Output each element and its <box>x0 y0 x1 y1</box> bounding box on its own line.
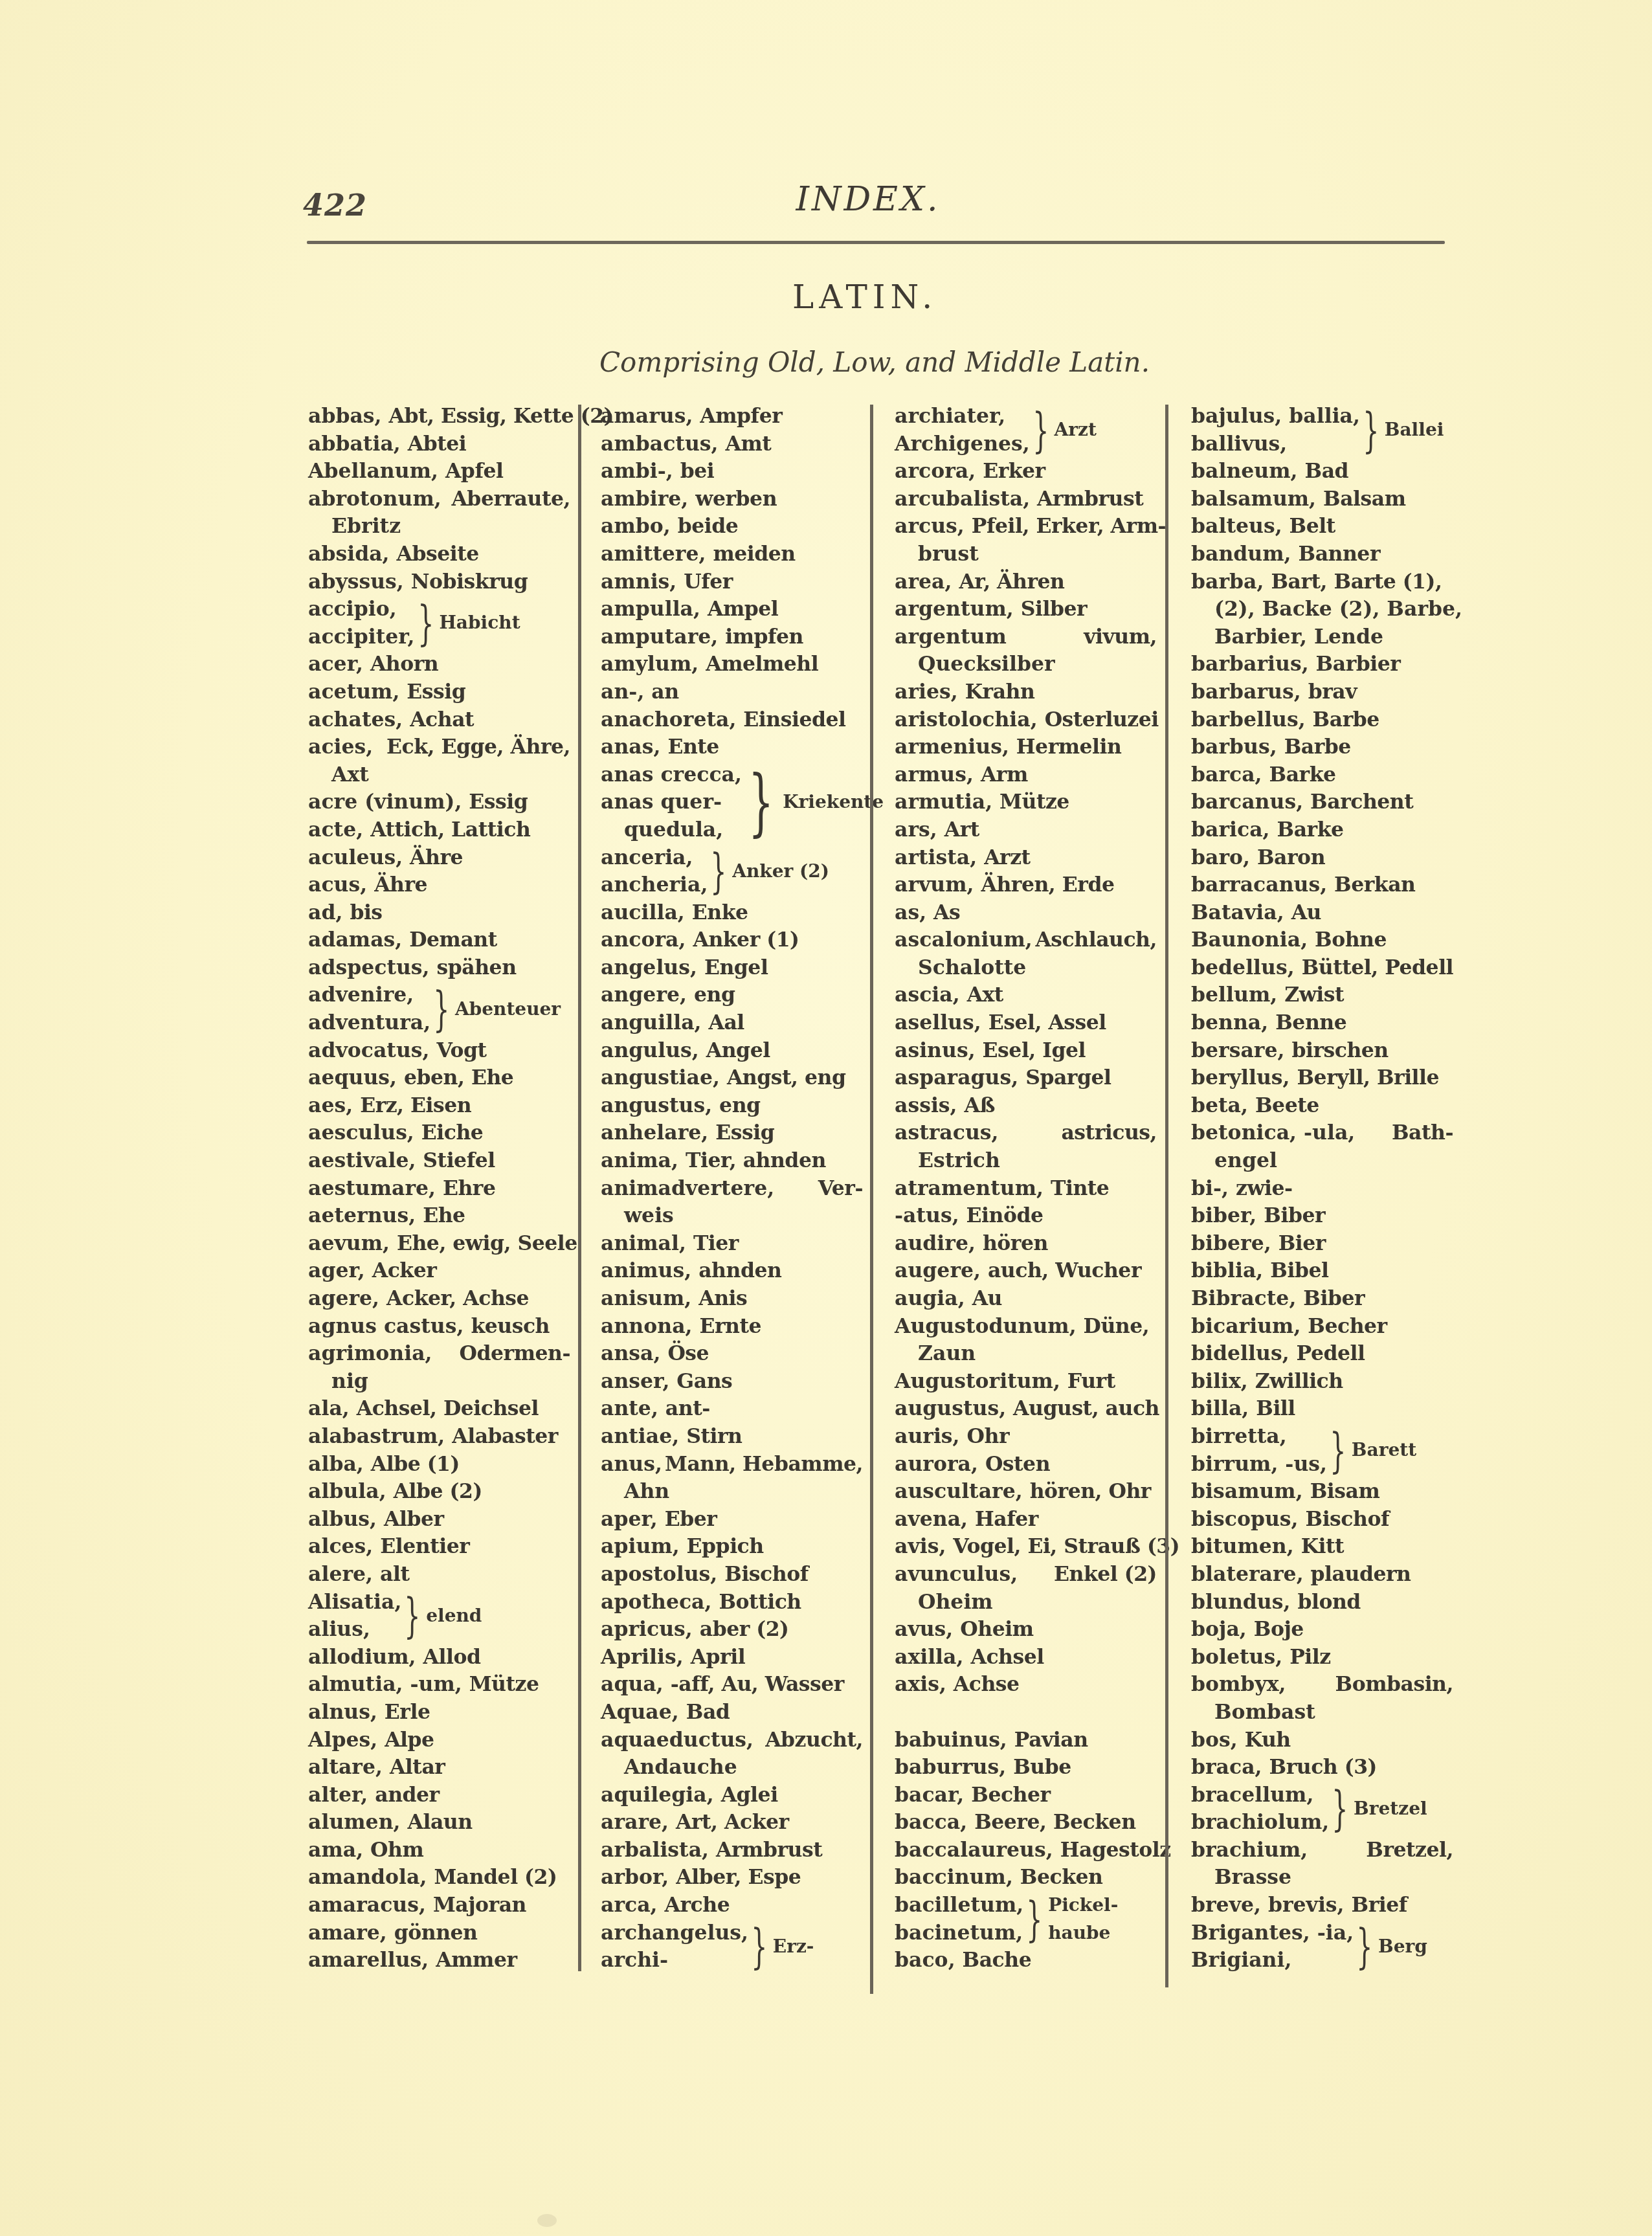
index-entry: anas, Ente <box>601 733 879 761</box>
latin-headword: brachiolum, <box>1191 1809 1329 1837</box>
index-entry: an-, an <box>601 678 879 706</box>
latin-headword: Baunonia, <box>1191 928 1308 952</box>
index-entry: barca, Barke <box>1191 761 1469 789</box>
german-equivalent: Stirn <box>686 1424 742 1448</box>
german-equivalent: Acker <box>372 1258 437 1282</box>
index-entry-group: archiater,Archigenes,}Arzt <box>895 403 1173 458</box>
index-column-2: amarus, Ampferambactus, Amtambi-, beiamb… <box>601 403 879 1974</box>
german-equivalent: Enke <box>692 900 748 924</box>
german-equivalent: Banner <box>1299 542 1380 566</box>
index-entry: barbellus, Barbe <box>1191 706 1469 734</box>
index-entry: aquilegia, Aglei <box>601 1782 879 1809</box>
german-equivalent: Bube <box>1013 1755 1071 1779</box>
index-entry: alba, Albe (1) <box>308 1451 586 1479</box>
latin-headword: avus, <box>895 1617 953 1641</box>
latin-headword: alius, <box>308 1616 401 1644</box>
latin-headword: augia, <box>895 1286 965 1310</box>
brace-icon: } <box>748 766 774 839</box>
latin-headword: ancora, <box>601 928 686 952</box>
index-entry: bisamum, Bisam <box>1191 1478 1469 1506</box>
latin-headword: asellus, <box>895 1011 981 1034</box>
latin-headword: baro, <box>1191 845 1250 869</box>
german-equivalent: Armbrust <box>1037 487 1143 511</box>
german-equivalent: Enkel (2) <box>1054 1561 1157 1589</box>
index-entry: achates, Achat <box>308 706 586 734</box>
latin-headword: alabastrum, <box>308 1424 445 1448</box>
index-entry: asinus, Esel, Igel <box>895 1037 1173 1065</box>
index-entry: benna, Benne <box>1191 1009 1469 1037</box>
latin-headword: angere, <box>601 983 687 1007</box>
latin-headword: armutia, <box>895 790 992 814</box>
index-entry: bacca, Beere, Becken <box>895 1809 1173 1837</box>
german-equivalent: Bier <box>1278 1231 1326 1255</box>
latin-headword: asinus, <box>895 1038 976 1062</box>
latin-headword: acre (vinum), <box>308 790 462 814</box>
index-entry-group: Brigantes, -ia,Brigiani,}Berg <box>1191 1919 1469 1974</box>
german-equivalent: Ähre <box>374 873 427 897</box>
latin-headword: absida, <box>308 542 390 566</box>
latin-headword: barbarus, <box>1191 680 1301 704</box>
german-equivalent: Achat <box>410 708 474 732</box>
latin-headword: anas crecca, <box>601 761 742 789</box>
latin-headword: aper, <box>601 1507 658 1531</box>
index-entry-continuation: Quecksilber <box>895 651 1173 678</box>
brace-icon: } <box>711 848 727 895</box>
latin-headword: abbas, <box>308 404 382 428</box>
index-entry: abyssus, Nobiskrug <box>308 568 586 596</box>
index-entry: billa, Bill <box>1191 1395 1469 1423</box>
index-entry: audire, hören <box>895 1230 1173 1258</box>
latin-headword: anas, <box>601 735 660 759</box>
german-equivalent: plaudern <box>1311 1562 1411 1586</box>
group-headwords: bracellum,brachiolum, <box>1191 1782 1329 1837</box>
index-entry: braca, Bruch (3) <box>1191 1754 1469 1782</box>
latin-headword: arcubalista, <box>895 487 1030 511</box>
index-entry: acer, Ahorn <box>308 651 586 678</box>
german-equivalent: Demant <box>409 928 497 952</box>
german-equivalent: Ampel <box>708 597 778 621</box>
latin-headword: auscultare, <box>895 1479 1023 1503</box>
latin-headword: armenius, <box>895 735 1009 759</box>
index-entry: almutia, -um, Mütze <box>308 1671 586 1699</box>
brace-icon: } <box>405 1593 421 1639</box>
latin-headword: astracus, <box>895 1119 998 1147</box>
latin-headword: adamas, <box>308 928 402 952</box>
german-equivalent: Vogt <box>436 1038 486 1062</box>
brace-icon: } <box>1363 407 1379 454</box>
column-divider <box>870 405 873 1994</box>
german-equivalent: Berg <box>1378 1933 1427 1961</box>
german-equivalent: ander <box>375 1783 439 1807</box>
index-entry: beryllus, Beryll, Brille <box>1191 1064 1469 1092</box>
index-entry: aquaeductus,Abzucht, <box>601 1727 863 1754</box>
index-entry: bedellus, Büttel, Pedell <box>1191 954 1469 982</box>
latin-headword: anguilla, <box>601 1011 702 1034</box>
index-entry: biscopus, Bischof <box>1191 1506 1469 1534</box>
latin-headword: breve, brevis, <box>1191 1893 1345 1917</box>
latin-headword: ancheria, <box>601 871 708 899</box>
index-entry: barba, Bart, Barte (1), <box>1191 568 1469 596</box>
latin-headword: acies, <box>308 733 373 761</box>
latin-headword: Abellanum, <box>308 459 438 483</box>
latin-headword: benna, <box>1191 1011 1268 1034</box>
german-equivalent: Bischof <box>1306 1507 1389 1531</box>
index-entry-group: accipio,accipiter,}Habicht <box>308 596 586 651</box>
german-equivalent: Oheim <box>960 1617 1033 1641</box>
latin-headword: acus, <box>308 873 367 897</box>
latin-headword: antiae, <box>601 1424 679 1448</box>
latin-headword: bilix, <box>1191 1369 1248 1393</box>
latin-headword: artista, <box>895 845 977 869</box>
index-entry: amaracus, Majoran <box>308 1892 586 1919</box>
index-entry: anser, Gans <box>601 1368 879 1396</box>
index-entry: Augustoritum, Furt <box>895 1368 1173 1396</box>
latin-headword: animadvertere, <box>601 1175 774 1203</box>
index-entry: aqua, -aff, Au, Wasser <box>601 1671 879 1699</box>
index-entry: anhelare, Essig <box>601 1119 879 1147</box>
index-entry: bos, Kuh <box>1191 1727 1469 1754</box>
german-equivalent: Axt <box>967 983 1003 1007</box>
german-equivalent: Bisam <box>1310 1479 1380 1503</box>
german-equivalent: Nobiskrug <box>411 570 528 594</box>
german-equivalent: Achsel <box>970 1645 1044 1669</box>
index-entry: arca, Arche <box>601 1892 879 1919</box>
index-entry: acies,Eck, Egge, Ähre, <box>308 733 570 761</box>
index-entry: anisum, Anis <box>601 1285 879 1313</box>
index-entry-group: bajulus, ballia,ballivus,}Ballei <box>1191 403 1469 458</box>
latin-headword: anachoreta, <box>601 708 736 732</box>
index-entry-continuation: (2), Backe (2), Barbe, <box>1191 596 1469 623</box>
latin-headword: almutia, -um, <box>308 1672 462 1696</box>
latin-headword: allodium, <box>308 1645 416 1669</box>
latin-headword: baccalaureus, <box>895 1838 1053 1862</box>
index-entry: biblia, Bibel <box>1191 1257 1469 1285</box>
german-equivalent: Albe (1) <box>371 1452 460 1476</box>
index-entry: acus, Ähre <box>308 871 586 899</box>
brace-icon: } <box>751 1923 767 1970</box>
german-equivalent: Becken <box>1020 1865 1103 1889</box>
german-equivalent: Osten <box>985 1452 1050 1476</box>
german-equivalent: Furt <box>1067 1369 1115 1393</box>
index-entry: adspectus, spähen <box>308 954 586 982</box>
latin-headword: bacca, <box>895 1810 967 1834</box>
german-equivalent: Arzt <box>1055 416 1097 444</box>
paper-smudge <box>537 2214 557 2227</box>
latin-headword: avis, <box>895 1534 946 1558</box>
index-entry: aesculus, Eiche <box>308 1119 586 1147</box>
index-column-4: bajulus, ballia,ballivus,}Balleibalneum,… <box>1191 403 1469 1974</box>
latin-headword: ampulla, <box>601 597 700 621</box>
german-equivalent: bis <box>350 900 382 924</box>
index-entry: angelus, Engel <box>601 954 879 982</box>
index-entry: angulus, Angel <box>601 1037 879 1065</box>
latin-headword: aristolochia, <box>895 708 1038 732</box>
latin-headword: billa, <box>1191 1396 1249 1420</box>
index-entry: asellus, Esel, Assel <box>895 1009 1173 1037</box>
index-entry: apotheca, Bottich <box>601 1589 879 1616</box>
latin-headword: barba, <box>1191 570 1264 594</box>
index-entry: argentum, Silber <box>895 596 1173 623</box>
german-equivalent: Barchent <box>1310 790 1413 814</box>
group-headwords: anas crecca,anas quer- quedula, <box>601 761 742 844</box>
index-entry: agere, Acker, Achse <box>308 1285 586 1313</box>
index-entry: aucilla, Enke <box>601 899 879 927</box>
german-equivalent: Achsel, Deichsel <box>357 1396 539 1420</box>
index-entry: amputare, impfen <box>601 623 879 651</box>
german-equivalent: zwie- <box>1236 1176 1293 1200</box>
index-entry-continuation: Oheim <box>895 1589 1173 1616</box>
german-equivalent: Ähre <box>410 845 463 869</box>
german-equivalent: Esel, Igel <box>983 1038 1086 1062</box>
latin-headword: arare, <box>601 1810 669 1834</box>
index-entry: arcus, Pfeil, Erker, Arm- <box>895 513 1173 541</box>
index-entry: augustus, August, auch <box>895 1395 1173 1423</box>
german-equivalent: Zwist <box>1284 983 1344 1007</box>
german-equivalent: Anis <box>698 1286 747 1310</box>
index-entry: avunculus,Enkel (2) <box>895 1561 1157 1589</box>
german-equivalent: Amelmehl <box>706 652 818 676</box>
index-entry: baccalaureus, Hagestolz <box>895 1837 1173 1864</box>
index-entry: arcora, Erker <box>895 458 1173 486</box>
german-equivalent: spähen <box>437 956 517 979</box>
german-equivalent: Aglei <box>721 1783 778 1807</box>
latin-headword: aqua, <box>601 1672 664 1696</box>
index-entry: alabastrum, Alabaster <box>308 1423 586 1451</box>
index-entry: apostolus, Bischof <box>601 1561 879 1589</box>
index-entry: acte, Attich, Lattich <box>308 816 586 844</box>
latin-headword: aeternus, <box>308 1203 416 1227</box>
index-entry: bombyx,Bombasin, <box>1191 1671 1453 1699</box>
latin-headword: anceria, <box>601 844 708 872</box>
group-headwords: archiater,Archigenes, <box>895 403 1030 458</box>
index-entry-continuation: Andauche <box>601 1754 879 1782</box>
index-entry: armutia, Mütze <box>895 788 1173 816</box>
german-equivalent: Anker (1) <box>693 928 799 952</box>
german-equivalent: Erle <box>385 1700 430 1724</box>
german-equivalent: Ammer <box>436 1948 517 1972</box>
latin-headword: aucilla, <box>601 900 685 924</box>
german-equivalent: hören <box>983 1231 1048 1255</box>
index-entry: bacar, Becher <box>895 1782 1173 1809</box>
german-equivalent: Eiche <box>421 1121 484 1145</box>
german-equivalent: Stiefel <box>423 1148 495 1172</box>
index-entry: axis, Achse <box>895 1671 1173 1699</box>
index-entry: axilla, Achsel <box>895 1644 1173 1671</box>
column-divider <box>1165 405 1168 1987</box>
german-equivalent: Bretzel <box>1354 1795 1427 1823</box>
index-entry: aes, Erz, Eisen <box>308 1092 586 1120</box>
latin-headword: aestumare, <box>308 1176 436 1200</box>
latin-headword: annona, <box>601 1314 693 1338</box>
latin-headword: aries, <box>895 680 958 704</box>
latin-headword: alumen, <box>308 1810 401 1834</box>
latin-headword: baccinum, <box>895 1865 1013 1889</box>
german-equivalent: Bischof <box>724 1562 808 1586</box>
index-entry: arare, Art, Acker <box>601 1809 879 1837</box>
index-entry: barbarius, Barbier <box>1191 651 1469 678</box>
german-equivalent: Öse <box>667 1341 709 1365</box>
german-equivalent: Bache <box>963 1948 1032 1972</box>
german-equivalent: Beryll, Brille <box>1297 1066 1439 1090</box>
german-equivalent: Spargel <box>1025 1066 1111 1090</box>
latin-headword: avena, <box>895 1507 968 1531</box>
latin-headword: angelus, <box>601 956 697 979</box>
german-equivalent: Amt <box>725 432 771 456</box>
index-entry: bandum, Banner <box>1191 541 1469 568</box>
german-equivalent: Pilz <box>1289 1645 1331 1669</box>
latin-headword: anser, <box>601 1369 669 1393</box>
latin-headword: babuinus, <box>895 1728 1007 1752</box>
latin-headword: altare, <box>308 1755 383 1779</box>
latin-headword: amaracus, <box>308 1893 426 1917</box>
german-equivalent: astricus, <box>1061 1119 1157 1147</box>
index-entry: brachium,Bretzel, <box>1191 1837 1453 1864</box>
index-entry: amarellus, Ammer <box>308 1947 586 1974</box>
latin-headword: baco, <box>895 1948 955 1972</box>
latin-headword: atramentum, <box>895 1176 1044 1200</box>
german-equivalent: Ähren, Erde <box>981 873 1114 897</box>
brace-icon: } <box>418 600 434 647</box>
latin-headword: auris, <box>895 1424 960 1448</box>
latin-headword: aes, <box>308 1093 353 1117</box>
latin-headword: Brigantes, -ia, <box>1191 1919 1354 1947</box>
index-entry: aculeus, Ähre <box>308 844 586 872</box>
latin-headword: bacinetum, <box>895 1919 1023 1947</box>
latin-headword: apricus, <box>601 1617 693 1641</box>
index-entry: augere, auch, Wucher <box>895 1257 1173 1285</box>
group-headwords: Brigantes, -ia,Brigiani, <box>1191 1919 1354 1974</box>
index-entry: aeternus, Ehe <box>308 1202 586 1230</box>
index-entry: ager, Acker <box>308 1257 586 1285</box>
latin-headword: bellum, <box>1191 983 1277 1007</box>
index-entry: Batavia, Au <box>1191 899 1469 927</box>
latin-headword: armus, <box>895 763 974 787</box>
german-equivalent: Bombasin, <box>1335 1671 1453 1699</box>
latin-headword: birretta, <box>1191 1423 1327 1451</box>
latin-headword: amandola, <box>308 1865 427 1889</box>
index-entry: antiae, Stirn <box>601 1423 879 1451</box>
german-equivalent: Bad <box>686 1700 730 1724</box>
german-equivalent: Bottich <box>719 1590 801 1614</box>
index-entry: Abellanum, Apfel <box>308 458 586 486</box>
index-entry: artista, Arzt <box>895 844 1173 872</box>
german-equivalent: Tinte <box>1051 1176 1109 1200</box>
index-entry: bibere, Bier <box>1191 1230 1469 1258</box>
index-entry: ambi-, bei <box>601 458 879 486</box>
german-equivalent: blond <box>1297 1590 1360 1614</box>
index-entry: balteus, Belt <box>1191 513 1469 541</box>
german-equivalent: Art, Acker <box>676 1810 789 1834</box>
latin-headword: advocatus, <box>308 1038 430 1062</box>
index-entry: ala, Achsel, Deichsel <box>308 1395 586 1423</box>
index-entry: aequus, eben, Ehe <box>308 1064 586 1092</box>
german-equivalent: Abenteuer <box>455 996 561 1023</box>
german-equivalent: Engel <box>704 956 768 979</box>
german-equivalent: Düne, <box>1084 1314 1150 1338</box>
letter-gap <box>895 1699 1173 1727</box>
german-equivalent: Boje <box>1254 1617 1304 1641</box>
index-entry: animus, ahnden <box>601 1257 879 1285</box>
index-entry: baco, Bache <box>895 1947 1173 1974</box>
latin-headword: ambactus, <box>601 432 719 456</box>
brace-icon: } <box>1332 1785 1348 1832</box>
latin-headword: amylum, <box>601 652 698 676</box>
german-equivalent: Ehe <box>423 1203 465 1227</box>
index-entry: Baunonia, Bohne <box>1191 926 1469 954</box>
index-entry: bidellus, Pedell <box>1191 1340 1469 1368</box>
index-entry: armenius, Hermelin <box>895 733 1173 761</box>
german-equivalent: Erz, Eisen <box>360 1093 471 1117</box>
index-entry: ars, Art <box>895 816 1173 844</box>
german-equivalent: Ampfer <box>700 404 782 428</box>
index-entry: blaterare, plaudern <box>1191 1561 1469 1589</box>
latin-headword: Brigiani, <box>1191 1947 1354 1974</box>
german-equivalent: ant- <box>665 1396 710 1420</box>
german-equivalent: Beere, Becken <box>974 1810 1135 1834</box>
latin-headword: area, <box>895 570 952 594</box>
german-equivalent: Mandel (2) <box>434 1865 557 1889</box>
group-headwords: archangelus,archi- <box>601 1919 748 1974</box>
german-equivalent: Ahorn <box>370 652 438 676</box>
index-entry: amare, gönnen <box>308 1919 586 1947</box>
german-equivalent: Abseite <box>397 542 479 566</box>
german-equivalent: Essig <box>469 790 528 814</box>
index-entry: adamas, Demant <box>308 926 586 954</box>
latin-headword: abyssus, <box>308 570 404 594</box>
latin-headword: balneum, <box>1191 459 1298 483</box>
index-entry: biber, Biber <box>1191 1202 1469 1230</box>
index-entry: ampulla, Ampel <box>601 596 879 623</box>
index-entry: baccinum, Becken <box>895 1864 1173 1892</box>
german-equivalent: Aal <box>709 1011 744 1034</box>
latin-headword: barbus, <box>1191 735 1277 759</box>
german-equivalent: Silber <box>1021 597 1087 621</box>
german-equivalent: Apfel <box>445 459 504 483</box>
german-equivalent: Bad <box>1305 459 1349 483</box>
latin-headword: barbarius, <box>1191 652 1309 676</box>
index-entry-continuation: Estrich <box>895 1147 1173 1175</box>
german-equivalent: Albe (2) <box>394 1479 482 1503</box>
latin-headword: arvum, <box>895 873 974 897</box>
latin-headword: acte, <box>308 818 363 842</box>
index-entry: auris, Ohr <box>895 1423 1173 1451</box>
brace-icon: } <box>1357 1923 1373 1970</box>
latin-headword: bisamum, <box>1191 1479 1303 1503</box>
index-entry-group: Alisatia,alius,}elend <box>308 1589 586 1644</box>
german-equivalent: Tier <box>693 1231 739 1255</box>
index-entry: angustiae, Angst, eng <box>601 1064 879 1092</box>
index-entry: augia, Au <box>895 1285 1173 1313</box>
latin-headword: amare, <box>308 1921 387 1945</box>
german-equivalent: Arzt <box>984 845 1030 869</box>
latin-headword: biscopus, <box>1191 1507 1299 1531</box>
index-entry: Aquae, Bad <box>601 1699 879 1727</box>
brace-icon: } <box>1330 1427 1346 1474</box>
german-equivalent: Biber <box>1303 1286 1365 1310</box>
german-equivalent: brav <box>1308 680 1357 704</box>
german-equivalent: eben, Ehe <box>404 1066 513 1090</box>
section-subtitle: Comprising Old, Low, and Middle Latin. <box>0 346 1652 378</box>
latin-headword: amarus, <box>601 404 693 428</box>
brace-icon: } <box>433 986 449 1033</box>
index-entry: ancora, Anker (1) <box>601 926 879 954</box>
latin-headword: accipio, <box>308 596 415 623</box>
group-headwords: Alisatia,alius, <box>308 1589 401 1644</box>
latin-headword: audire, <box>895 1231 976 1255</box>
latin-headword: blaterare, <box>1191 1562 1304 1586</box>
latin-headword: boja, <box>1191 1617 1247 1641</box>
german-equivalent: ahnden <box>698 1258 781 1282</box>
